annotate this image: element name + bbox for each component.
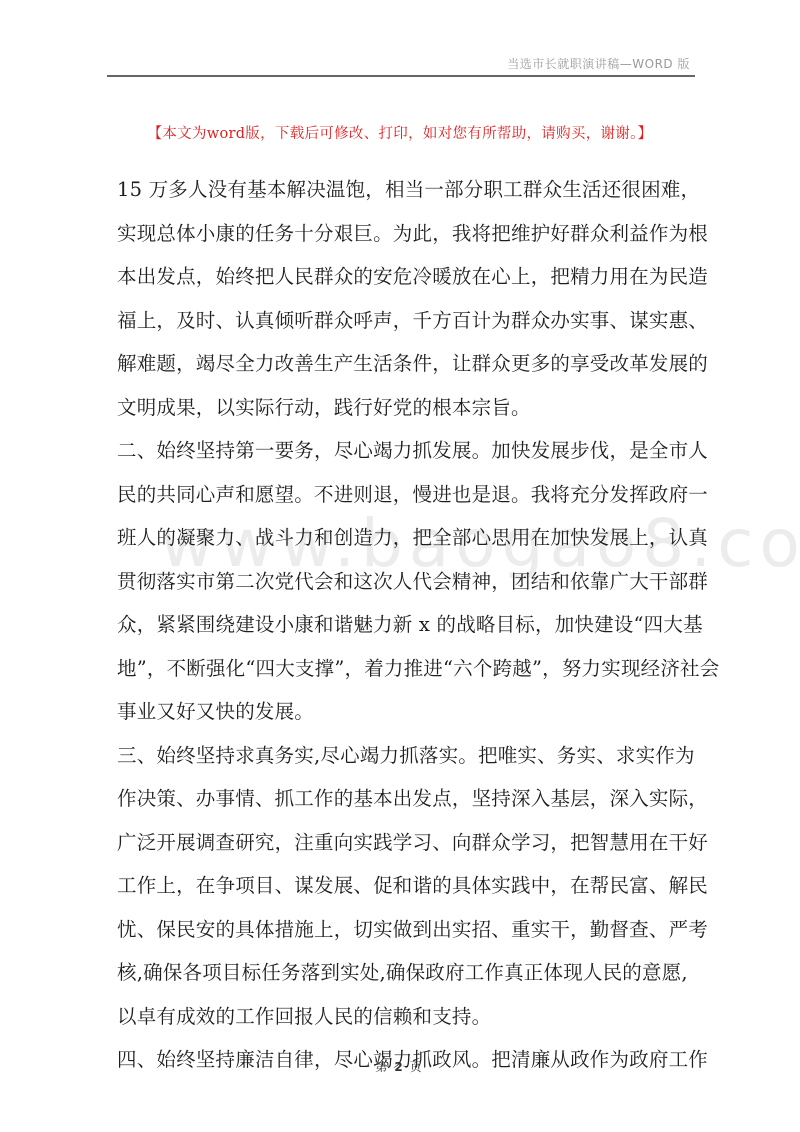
- footer-prefix: 第: [375, 1060, 390, 1074]
- text-line: 广泛开展调查研究，注重向实践学习、向群众学习，把智慧用在干好: [117, 821, 687, 865]
- section-heading-line: 三、始终坚持求真务实,尽心竭力抓落实。把唯实、务实、求实作为: [117, 734, 687, 778]
- section-heading-line: 二、始终坚持第一要务，尽心竭力抓发展。加快发展步伐，是全市人: [117, 429, 687, 473]
- purchase-notice: 【本文为word版，下载后可修改、打印，如对您有所帮助，请购买，谢谢。】: [0, 122, 800, 143]
- text-line: 贯彻落实市第二次党代会和这次人代会精神，团结和依靠广大干部群: [117, 560, 687, 604]
- text-line: 实现总体小康的任务十分艰巨。为此，我将把维护好群众利益作为根: [117, 212, 687, 256]
- header-divider: [107, 75, 695, 77]
- page-number: 2: [394, 1060, 405, 1074]
- text-line: 15 万多人没有基本解决温饱，相当一部分职工群众生活还很困难，: [117, 168, 687, 212]
- body-text: 15 万多人没有基本解决温饱，相当一部分职工群众生活还很困难， 实现总体小康的任…: [117, 168, 687, 1082]
- text-line: 以卓有成效的工作回报人民的信赖和支持。: [117, 995, 687, 1039]
- page-footer: 第2页: [0, 1058, 800, 1075]
- text-line: 作决策、办事情、抓工作的基本出发点，坚持深入基层，深入实际，: [117, 777, 687, 821]
- text-line: 工作上，在争项目、谋发展、促和谐的具体实践中，在帮民富、解民: [117, 864, 687, 908]
- text-line: 班人的凝聚力、战斗力和创造力，把全部心思用在加快发展上，认真: [117, 516, 687, 560]
- text-line: 福上，及时、认真倾听群众呼声，千方百计为群众办实事、谋实惠、: [117, 299, 687, 343]
- text-line: 众，紧紧围绕建设小康和谐魅力新 x 的战略目标，加快建设“四大基: [117, 603, 687, 647]
- running-header-title: 当选市长就职演讲稿—WORD 版: [507, 55, 690, 72]
- text-line: 解难题，竭尽全力改善生产生活条件，让群众更多的享受改革发展的: [117, 342, 687, 386]
- text-line: 地”，不断强化“四大支撑”，着力推进“六个跨越”，努力实现经济社会: [117, 647, 687, 691]
- text-line: 本出发点，始终把人民群众的安危冷暖放在心上，把精力用在为民造: [117, 255, 687, 299]
- text-line: 民的共同心声和愿望。不进则退，慢进也是退。我将充分发挥政府一: [117, 473, 687, 517]
- text-line: 忧、保民安的具体措施上，切实做到出实招、重实干，勤督查、严考: [117, 908, 687, 952]
- text-line: 核,确保各项目标任务落到实处,确保政府工作真正体现人民的意愿,: [117, 951, 687, 995]
- footer-suffix: 页: [410, 1060, 425, 1074]
- text-line: 文明成果，以实际行动，践行好党的根本宗旨。: [117, 386, 687, 430]
- document-page: 当选市长就职演讲稿—WORD 版 【本文为word版，下载后可修改、打印，如对您…: [0, 0, 800, 1132]
- text-line: 事业又好又快的发展。: [117, 690, 687, 734]
